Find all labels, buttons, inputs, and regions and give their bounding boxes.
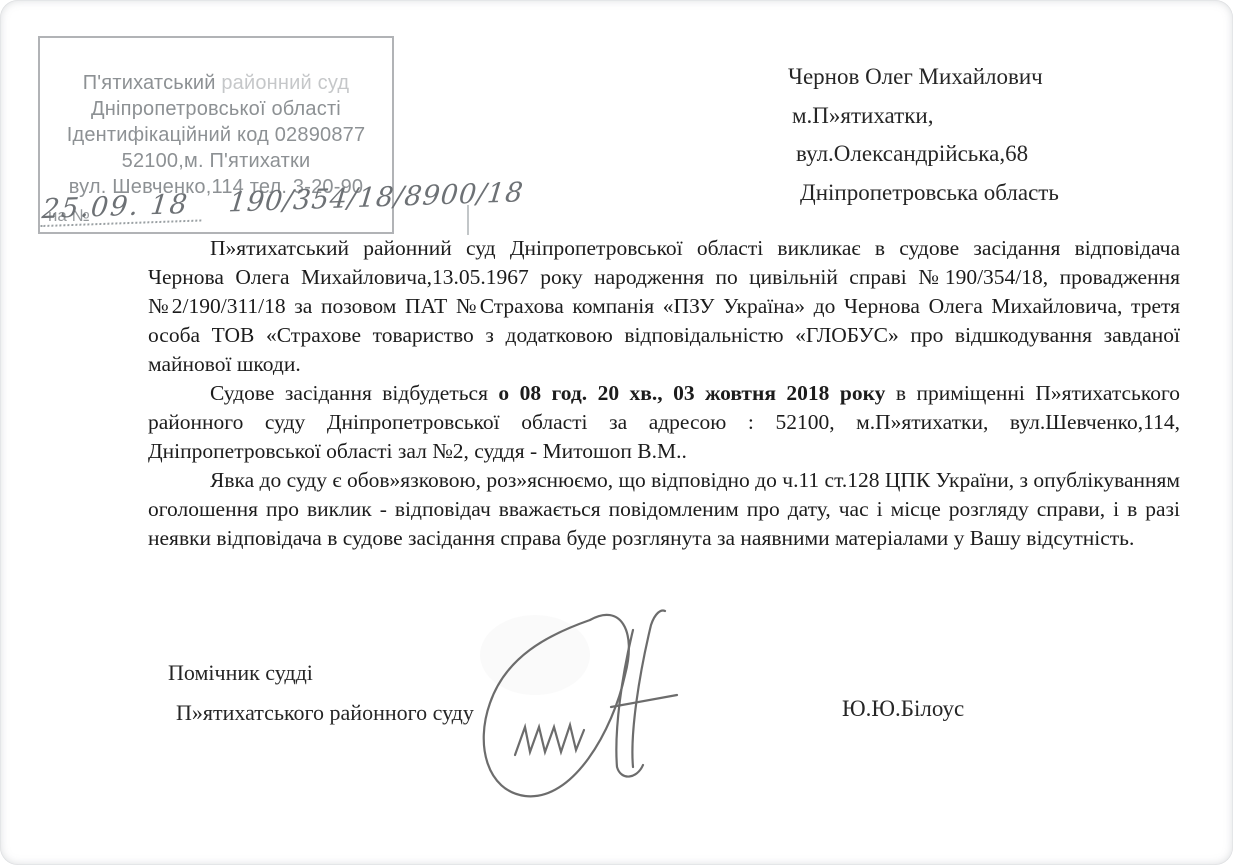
pen-stroke-artifact (467, 205, 469, 235)
recipient-city: м.П»ятихатки, (792, 97, 1059, 136)
handwritten-date: 25.09. 18 (40, 188, 204, 227)
scanned-court-summons-page: П'ятихатський районний суд Дніпропетровс… (0, 0, 1233, 865)
stamp-court-name-part1: П'ятихатський (83, 72, 222, 94)
hearing-text-before: Судове засідання відбудеться (210, 381, 498, 405)
scan-smudge (480, 615, 590, 695)
paragraph-hearing-info: Судове засідання відбудеться о 08 год. 2… (148, 379, 1180, 466)
summons-body: П»ятихатський районний суд Дніпропетровс… (148, 234, 1180, 553)
recipient-name: Чернов Олег Михайлович (788, 58, 1059, 97)
recipient-region: Дніпропетровська область (800, 174, 1059, 213)
recipient-address-block: Чернов Олег Михайлович м.П»ятихатки, вул… (788, 58, 1059, 212)
stamp-id-code-line: Ідентифікаційний код 02890877 (40, 122, 392, 148)
signature-zigzag-stroke (515, 725, 584, 755)
recipient-street: вул.Олександрійська,68 (796, 135, 1059, 174)
signature-tall-stroke-2 (632, 611, 665, 767)
signer-name: Ю.Ю.Білоус (842, 696, 964, 722)
paragraph-case-info: П»ятихатський районний суд Дніпропетровс… (148, 234, 1180, 379)
stamp-court-name: П'ятихатський районний суд (40, 70, 392, 96)
pen-signature (415, 595, 725, 810)
paragraph-attendance-notice: Явка до суду є обов»язковою, роз»яснюємо… (148, 466, 1180, 553)
stamp-region-line: Дніпропетровської області (40, 96, 392, 122)
hearing-datetime-bold: о 08 год. 20 хв., 03 жовтня 2018 року (498, 381, 885, 405)
stamp-postal-line: 52100,м. П'ятихатки (40, 148, 392, 174)
signer-title-line1: Помічник судді (168, 660, 313, 686)
stamp-court-name-part2: районний суд (221, 72, 349, 94)
